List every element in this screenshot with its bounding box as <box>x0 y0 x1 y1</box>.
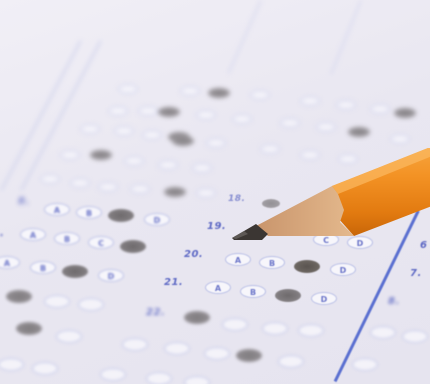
answer-sheet-photo: 8. A B D A B C A B D . 18. 19. C D 20. A… <box>0 0 430 384</box>
pencil-icon <box>228 148 430 258</box>
